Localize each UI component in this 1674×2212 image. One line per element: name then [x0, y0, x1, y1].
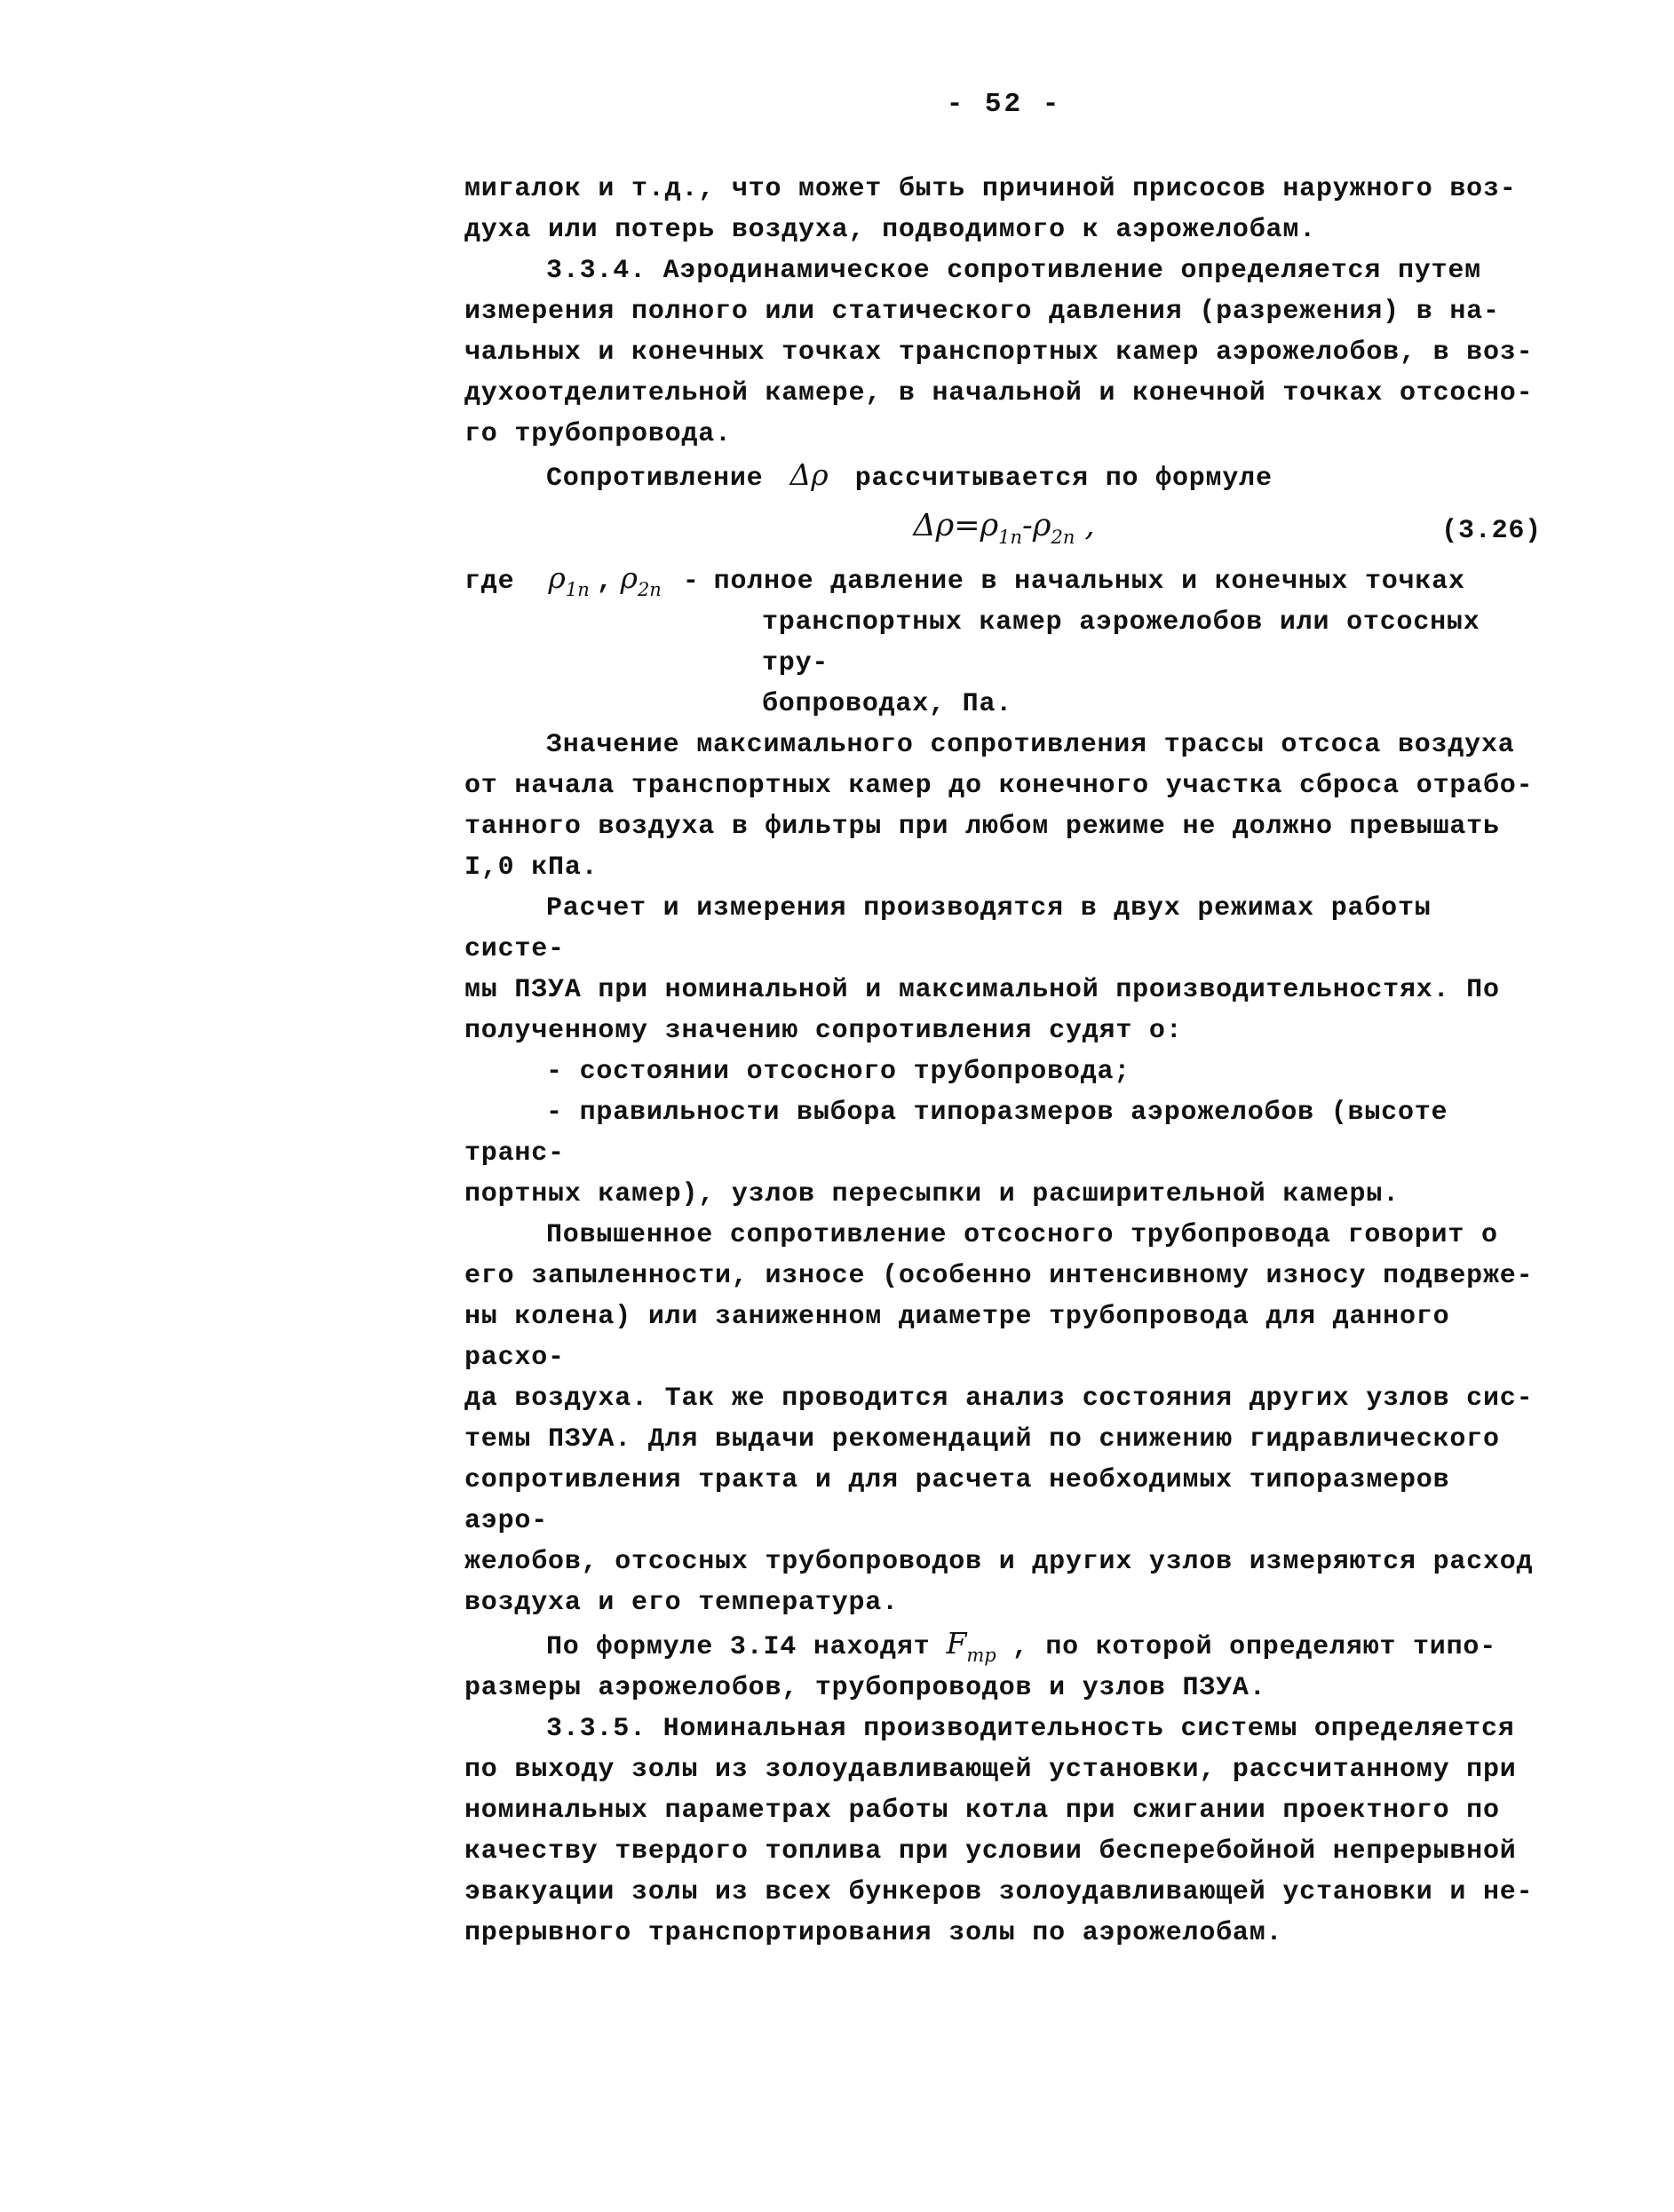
resistance-intro-line: СопротивлениеΔρрассчитывается по формуле [464, 455, 1543, 499]
text-line: темы ПЗУА. Для выдачи рекомендаций по сн… [464, 1419, 1543, 1460]
text-fragment: рассчитывается по формуле [855, 464, 1273, 494]
list-item-line: - правильности выбора типоразмеров аэрож… [464, 1092, 1543, 1174]
equation-fragment: -ρ [1022, 508, 1051, 543]
inline-math: ρ2n [621, 560, 662, 595]
equation-subscript: 2n [1051, 527, 1075, 548]
text-line: по выходу золы из золоудавливающей устан… [464, 1749, 1543, 1790]
text-line: да воздуха. Так же проводится анализ сос… [464, 1378, 1543, 1419]
text-line: духоотделительной камере, в начальной и … [464, 373, 1543, 414]
text-line: мы ПЗУА при номинальной и максимальной п… [464, 970, 1543, 1011]
f-tr-symbol: Fтр [946, 1626, 996, 1661]
text-line: воздуха и его температура. [464, 1582, 1543, 1623]
list-item-line: - состоянии отсосного трубопровода; [464, 1051, 1543, 1092]
text-line: бопроводах, Па. [464, 684, 1543, 725]
text-fragment: Сопротивление [546, 464, 763, 494]
text-line: I,0 кПа. [464, 847, 1543, 888]
text-line: номинальных параметрах работы котла при … [464, 1790, 1543, 1831]
text-line: 3.3.5. Номинальная производительность си… [464, 1709, 1543, 1749]
text-line: мигалок и т.д., что может быть причиной … [464, 169, 1543, 210]
text-line: Значение максимального сопротивления тра… [464, 725, 1543, 765]
math-subscript: 2n [638, 579, 662, 600]
text-line: измерения полного или статического давле… [464, 291, 1543, 332]
equation-fragment: Δρ=ρ [913, 508, 998, 543]
text-line: качеству твердого топлива при условии бе… [464, 1831, 1543, 1872]
text-line: танного воздуха в фильтры при любом режи… [464, 806, 1543, 847]
document-page: - 52 - мигалок и т.д., что может быть пр… [0, 0, 1674, 2212]
text-line: сопротивления тракта и для расчета необх… [464, 1460, 1543, 1542]
math-subscript: 1n [566, 579, 590, 600]
text-fragment: , [597, 567, 614, 597]
equation: Δρ=ρ1n-ρ2n , [464, 499, 1543, 552]
text-line: духа или потерь воздуха, подводимого к а… [464, 210, 1543, 250]
math-subscript: тр [966, 1645, 996, 1666]
text-line: эвакуации золы из всех бункеров золоудав… [464, 1872, 1543, 1913]
text-line: 3.3.4. Аэродинамическое сопротивление оп… [464, 250, 1543, 291]
text-line: от начала транспортных камер до конечног… [464, 765, 1543, 806]
rho-symbol: ρ [548, 560, 565, 595]
text-line: размеры аэрожелобов, трубопроводов и узл… [464, 1668, 1543, 1709]
page-number: - 52 - [464, 89, 1543, 120]
text-line: ны колена) или заниженном диаметре трубо… [464, 1296, 1543, 1378]
equation-number: (3.26) [1441, 504, 1542, 558]
text-fragment: полное давление в начальных и конечных т… [714, 567, 1465, 597]
text-line: го трубопровода. [464, 414, 1543, 455]
text-line: полученному значению сопротивления судят… [464, 1011, 1543, 1051]
formula-line: Δρ=ρ1n-ρ2n , (3.26) [464, 499, 1543, 558]
text-line: чальных и конечных точках транспортных к… [464, 332, 1543, 373]
delta-p-symbol: Δρ [789, 457, 828, 492]
where-line: гдеρ1n,ρ2n-полное давление в начальных и… [464, 558, 1543, 602]
text-line: прерывного транспортирования золы по аэр… [464, 1913, 1543, 1954]
rho-symbol: ρ [621, 560, 638, 595]
text-line: Расчет и измерения производятся в двух р… [464, 888, 1543, 970]
text-fragment: По формуле 3.I4 находят [546, 1632, 930, 1662]
where-keyword: где [464, 567, 514, 597]
inline-math: ρ1n [548, 560, 589, 595]
formula-reference-line: По формуле 3.I4 находятFтр, по которой о… [464, 1623, 1543, 1668]
f-symbol: F [946, 1626, 966, 1661]
equation-fragment: , [1075, 508, 1094, 543]
document-body: мигалок и т.д., что может быть причиной … [464, 169, 1543, 1954]
text-fragment: , по которой определяют типо- [1012, 1632, 1496, 1662]
equation-subscript: 1n [998, 527, 1022, 548]
text-line: транспортных камер аэрожелобов или отсос… [464, 602, 1543, 684]
text-line: его запыленности, износе (особенно интен… [464, 1256, 1543, 1296]
text-line: Повышенное сопротивление отсосного трубо… [464, 1215, 1543, 1256]
definition-dash: - [683, 567, 700, 597]
text-line: желобов, отсосных трубопроводов и других… [464, 1542, 1543, 1582]
text-line: портных камер), узлов пересыпки и расшир… [464, 1174, 1543, 1215]
